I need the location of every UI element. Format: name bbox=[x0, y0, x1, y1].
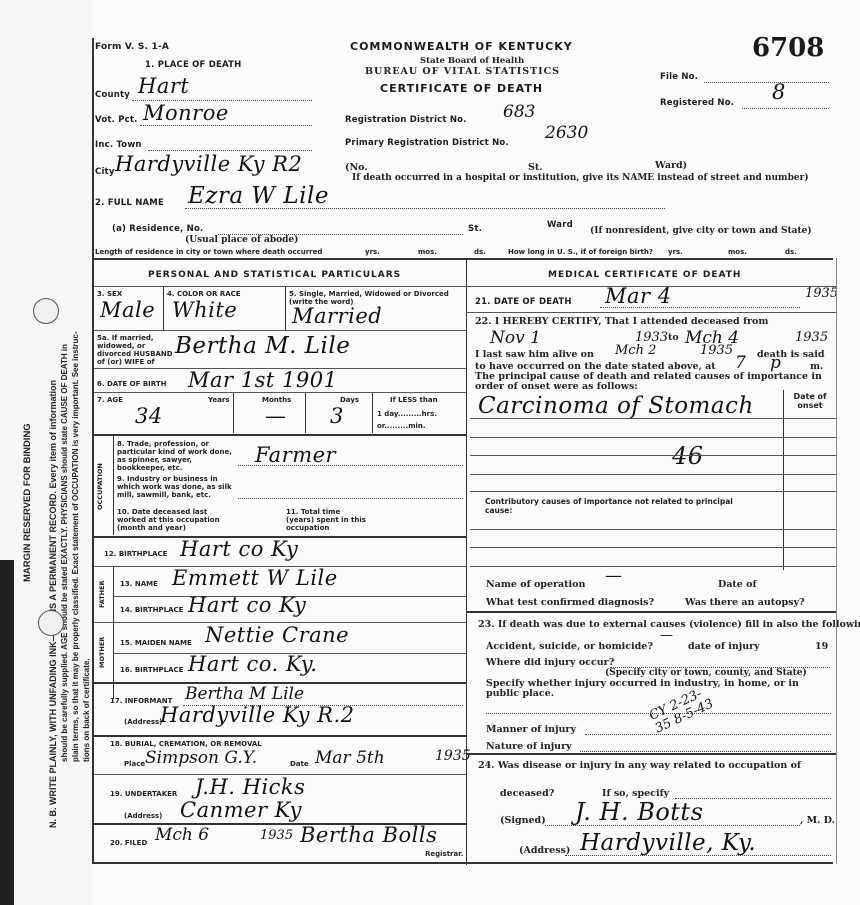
contributory-line bbox=[470, 566, 836, 567]
cause-line bbox=[470, 455, 836, 456]
registered-no-label: Registered No. bbox=[660, 98, 734, 108]
cell-divider bbox=[285, 287, 286, 330]
how-long-us-label: How long in U. S., if of foreign birth? bbox=[508, 248, 653, 256]
residence-st-label: St. bbox=[468, 224, 482, 234]
total-time-label: 11. Total time (years) spent in this occ… bbox=[286, 508, 366, 532]
cause-intro: The principal cause of death and related… bbox=[475, 372, 830, 392]
cell-divider bbox=[163, 287, 164, 330]
inc-town-label: Inc. Town bbox=[95, 140, 142, 150]
vot-pct-line bbox=[140, 125, 312, 126]
injury-date-label: date of injury bbox=[688, 641, 760, 652]
cell-divider bbox=[305, 393, 306, 433]
row-divider bbox=[93, 392, 466, 393]
where-injury-sub: (Specify city or town, county, and State… bbox=[605, 668, 807, 678]
operation-label: Name of operation bbox=[486, 579, 585, 590]
dod-label: 21. DATE OF DEATH bbox=[475, 297, 572, 307]
informant-value: Bertha M Lile bbox=[185, 684, 304, 704]
contributory-line bbox=[470, 547, 836, 548]
ward-label: Ward) bbox=[655, 160, 687, 171]
street-st-label: St. bbox=[528, 162, 543, 173]
residence-ward-label: Ward bbox=[547, 220, 573, 230]
registrar-signature: Bertha Bolls bbox=[300, 823, 437, 847]
informant-address-value: Hardyville Ky R.2 bbox=[160, 703, 355, 727]
burial-place-value: Simpson G.Y. bbox=[145, 748, 257, 768]
manner-injury-line bbox=[585, 734, 831, 735]
reg-district-value: 683 bbox=[503, 102, 535, 122]
date-of-onset-label: Date of onset bbox=[790, 392, 830, 410]
trade-label: 8. Trade, profession, or particular kind… bbox=[117, 440, 237, 472]
less-min: or.........min. bbox=[377, 422, 426, 430]
file-no-line bbox=[704, 82, 829, 83]
father-name-label: 13. NAME bbox=[120, 580, 158, 588]
md-label: , M. D. bbox=[800, 815, 835, 826]
industry-line bbox=[238, 498, 463, 499]
color-race-value: White bbox=[172, 298, 237, 322]
file-no-label: File No. bbox=[660, 72, 698, 82]
mother-birthplace-label: 16. BIRTHPLACE bbox=[120, 666, 183, 674]
years-label: Years bbox=[208, 396, 230, 404]
city-value: Hardyville Ky R2 bbox=[115, 152, 302, 176]
length-yrs: yrs. bbox=[365, 248, 380, 256]
burial-date-label: Date bbox=[290, 760, 309, 768]
age-days: 3 bbox=[330, 404, 344, 428]
registered-no-value: 8 bbox=[772, 80, 786, 104]
cause-line bbox=[470, 418, 836, 419]
dob-value: Mar 1st 1901 bbox=[188, 368, 337, 392]
sex-value: Male bbox=[100, 298, 155, 322]
cell-divider bbox=[372, 393, 373, 433]
certificate-title: CERTIFICATE OF DEATH bbox=[380, 82, 543, 95]
father-name-value: Emmett W Lile bbox=[172, 566, 338, 590]
cause-line bbox=[470, 474, 836, 475]
dod-line bbox=[600, 307, 800, 308]
state-board: State Board of Health bbox=[420, 56, 524, 66]
last-saw-year: 1935 bbox=[700, 343, 733, 358]
inc-town-line bbox=[148, 150, 312, 151]
primary-district-label: Primary Registration District No. bbox=[345, 138, 509, 148]
occupation-side-label: OCCUPATION bbox=[96, 463, 104, 510]
primary-district-value: 2630 bbox=[545, 123, 588, 143]
age-label: 7. AGE bbox=[97, 396, 123, 404]
city-label: City bbox=[95, 167, 115, 177]
bottom-border bbox=[93, 862, 833, 864]
bureau-name: BUREAU OF VITAL STATISTICS bbox=[365, 66, 560, 77]
burial-label: 18. BURIAL, CREMATION, OR REMOVAL bbox=[110, 740, 262, 748]
mother-birthplace-value: Hart co. Ky. bbox=[188, 652, 317, 676]
registrar-label: Registrar. bbox=[425, 850, 463, 858]
marital-value: Married bbox=[292, 304, 382, 328]
margin-instruction-line3: plain terms, so that it may be properly … bbox=[71, 332, 80, 762]
attended-from: Nov 1 bbox=[490, 328, 541, 348]
full-name-value: Ezra W Lile bbox=[188, 183, 329, 209]
dod-year: 1935 bbox=[805, 286, 838, 301]
reg-district-label: Registration District No. bbox=[345, 115, 467, 125]
physician-address-value: Hardyville, Ky. bbox=[580, 830, 756, 856]
medical-section-title: MEDICAL CERTIFICATE OF DEATH bbox=[548, 270, 741, 280]
margin-instruction-line1: N. B. WRITE PLAINLY, WITH UNFADING INK—T… bbox=[48, 380, 58, 828]
us-ds: ds. bbox=[785, 248, 797, 256]
mother-name-label: 15. MAIDEN NAME bbox=[120, 639, 192, 647]
last-saw-value: Mch 2 bbox=[615, 343, 656, 358]
filed-year-value: 1935 bbox=[260, 828, 293, 843]
parents-divider bbox=[113, 567, 114, 699]
street-no-label: (No. bbox=[345, 162, 368, 173]
margin-binding-text: MARGIN RESERVED FOR BINDING bbox=[22, 423, 33, 582]
accident-label: Accident, suicide, or homicide? bbox=[486, 641, 653, 652]
undertaker-value: J.H. Hicks bbox=[195, 775, 305, 799]
father-side-label: FATHER bbox=[98, 580, 106, 608]
margin-instruction-line2: should be carefully supplied. AGE should… bbox=[60, 344, 69, 762]
length-mos: mos. bbox=[418, 248, 437, 256]
cause-code-value: 46 bbox=[672, 442, 704, 470]
days-label: Days bbox=[340, 396, 359, 404]
county-label: County bbox=[95, 90, 130, 100]
deceased-label: deceased? bbox=[500, 788, 554, 799]
state-title: COMMONWEALTH OF KENTUCKY bbox=[350, 40, 573, 53]
filed-date-value: Mch 6 bbox=[155, 825, 209, 845]
vot-pct-value: Monroe bbox=[143, 101, 229, 125]
physician-address-line bbox=[565, 855, 831, 856]
nature-injury-label: Nature of injury bbox=[486, 741, 572, 752]
specify-injury-line bbox=[486, 713, 831, 714]
row-divider bbox=[93, 330, 466, 331]
test-label: What test confirmed diagnosis? bbox=[486, 597, 654, 608]
spouse-label: 5a. If married, widowed, or divorced HUS… bbox=[97, 334, 175, 366]
last-saw-label: I last saw him alive on bbox=[475, 349, 594, 360]
cause-line bbox=[470, 491, 836, 492]
burial-place-label: Place bbox=[124, 760, 145, 768]
time-value: 7 bbox=[735, 353, 746, 373]
specify-injury-label: Specify whether injury occurred in indus… bbox=[486, 679, 831, 699]
cause-line bbox=[470, 437, 836, 438]
dod-value: Mar 4 bbox=[605, 284, 672, 308]
punch-hole-bottom bbox=[38, 610, 64, 636]
death-said-label: death is said bbox=[757, 349, 824, 360]
full-name-label: 2. FULL NAME bbox=[95, 198, 164, 208]
personal-section-title: PERSONAL AND STATISTICAL PARTICULARS bbox=[148, 270, 401, 280]
mother-side-label: MOTHER bbox=[98, 637, 106, 668]
residence-sub: (Usual place of abode) bbox=[185, 235, 298, 245]
father-birthplace-label: 14. BIRTHPLACE bbox=[120, 606, 183, 614]
filed-label: 20. FILED bbox=[110, 839, 147, 847]
punch-hole-top bbox=[33, 298, 59, 324]
undertaker-label: 19. UNDERTAKER bbox=[110, 790, 177, 798]
operation-value: — bbox=[605, 566, 622, 586]
row-divider bbox=[93, 286, 466, 287]
row-divider bbox=[466, 753, 836, 755]
row-divider bbox=[93, 735, 466, 737]
place-of-death-section: 1. PLACE OF DEATH bbox=[145, 60, 241, 70]
length-residence-label: Length of residence in city or town wher… bbox=[95, 248, 322, 256]
spouse-value: Bertha M. Lile bbox=[175, 333, 350, 359]
informant-address-label: (Address) bbox=[124, 718, 162, 726]
signed-label: (Signed) bbox=[500, 815, 546, 826]
nonresident-note: (If nonresident, give city or town and S… bbox=[590, 226, 812, 236]
sex-label: 3. SEX bbox=[97, 290, 122, 298]
physician-address-label: (Address) bbox=[519, 845, 570, 856]
manner-injury-label: Manner of injury bbox=[486, 724, 576, 735]
to-label: to bbox=[668, 332, 679, 343]
us-yrs: yrs. bbox=[668, 248, 683, 256]
months-label: Months bbox=[262, 396, 291, 404]
cell-divider bbox=[233, 393, 234, 433]
us-mos: mos. bbox=[728, 248, 747, 256]
signed-line bbox=[545, 825, 800, 826]
birthplace-label: 12. BIRTHPLACE bbox=[104, 550, 167, 558]
row-divider bbox=[466, 611, 836, 613]
cause-of-death-value: Carcinoma of Stomach bbox=[478, 393, 754, 419]
vot-pct-label: Vot. Pct. bbox=[95, 115, 138, 125]
certify-label: 22. I HEREBY CERTIFY, That I attended de… bbox=[475, 316, 768, 327]
where-injury-label: Where did injury occur? bbox=[486, 657, 614, 668]
age-years: 34 bbox=[135, 404, 163, 428]
ampm-value: p bbox=[770, 353, 781, 373]
physician-signature: J. H. Botts bbox=[575, 798, 703, 826]
nature-injury-line bbox=[580, 751, 831, 752]
undertaker-address-label: (Address) bbox=[124, 812, 162, 820]
mother-name-value: Nettie Crane bbox=[205, 623, 349, 647]
occupation-related-label: 24. Was disease or injury in any way rel… bbox=[478, 760, 801, 771]
row-divider bbox=[466, 312, 836, 313]
if-less-label: If LESS than bbox=[390, 396, 438, 404]
scan-edge-shadow bbox=[0, 560, 14, 905]
residence-label: (a) Residence, No. bbox=[112, 224, 203, 234]
county-value: Hart bbox=[138, 74, 189, 98]
attended-to-year: 1935 bbox=[795, 330, 828, 345]
operation-date-label: Date of bbox=[718, 579, 757, 590]
color-race-label: 4. COLOR OR RACE bbox=[167, 290, 241, 298]
hospital-note: If death occurred in a hospital or insti… bbox=[352, 173, 809, 183]
length-ds: ds. bbox=[474, 248, 486, 256]
burial-date-value: Mar 5th bbox=[315, 748, 385, 768]
undertaker-address-value: Canmer Ky bbox=[180, 798, 302, 822]
accident-value: — bbox=[660, 628, 673, 643]
onset-divider bbox=[783, 390, 784, 570]
column-divider bbox=[466, 260, 467, 865]
row-divider bbox=[93, 434, 466, 436]
autopsy-label: Was there an autopsy? bbox=[685, 597, 805, 608]
registered-no-line bbox=[742, 108, 829, 109]
death-certificate-page: MARGIN RESERVED FOR BINDING N. B. WRITE … bbox=[0, 0, 860, 905]
less-day: 1 day.........hrs. bbox=[377, 410, 437, 418]
birthplace-value: Hart co Ky bbox=[180, 537, 298, 561]
header-divider bbox=[93, 258, 833, 260]
occupation-divider bbox=[113, 435, 114, 535]
last-worked-label: 10. Date deceased last worked at this oc… bbox=[117, 508, 232, 532]
trade-value: Farmer bbox=[255, 443, 336, 467]
form-number: Form V. S. 1-A bbox=[95, 42, 169, 52]
father-birthplace-value: Hart co Ky bbox=[188, 593, 306, 617]
trade-line bbox=[238, 465, 463, 466]
margin-instruction-line4: tions on back of certificate. bbox=[82, 658, 91, 762]
contributory-label: Contributory causes of importance not re… bbox=[485, 497, 755, 515]
form-left-border bbox=[92, 38, 94, 864]
form-right-border bbox=[836, 258, 837, 864]
industry-label: 9. Industry or business in which work wa… bbox=[117, 475, 237, 499]
burial-year-value: 1935 bbox=[435, 748, 471, 764]
stamp-number: 6708 bbox=[752, 33, 824, 63]
age-months: — bbox=[265, 404, 287, 428]
full-name-line bbox=[185, 208, 665, 209]
dob-label: 6. DATE OF BIRTH bbox=[97, 380, 166, 388]
contributory-line bbox=[470, 529, 836, 530]
injury-year-label: 19 bbox=[815, 641, 828, 652]
